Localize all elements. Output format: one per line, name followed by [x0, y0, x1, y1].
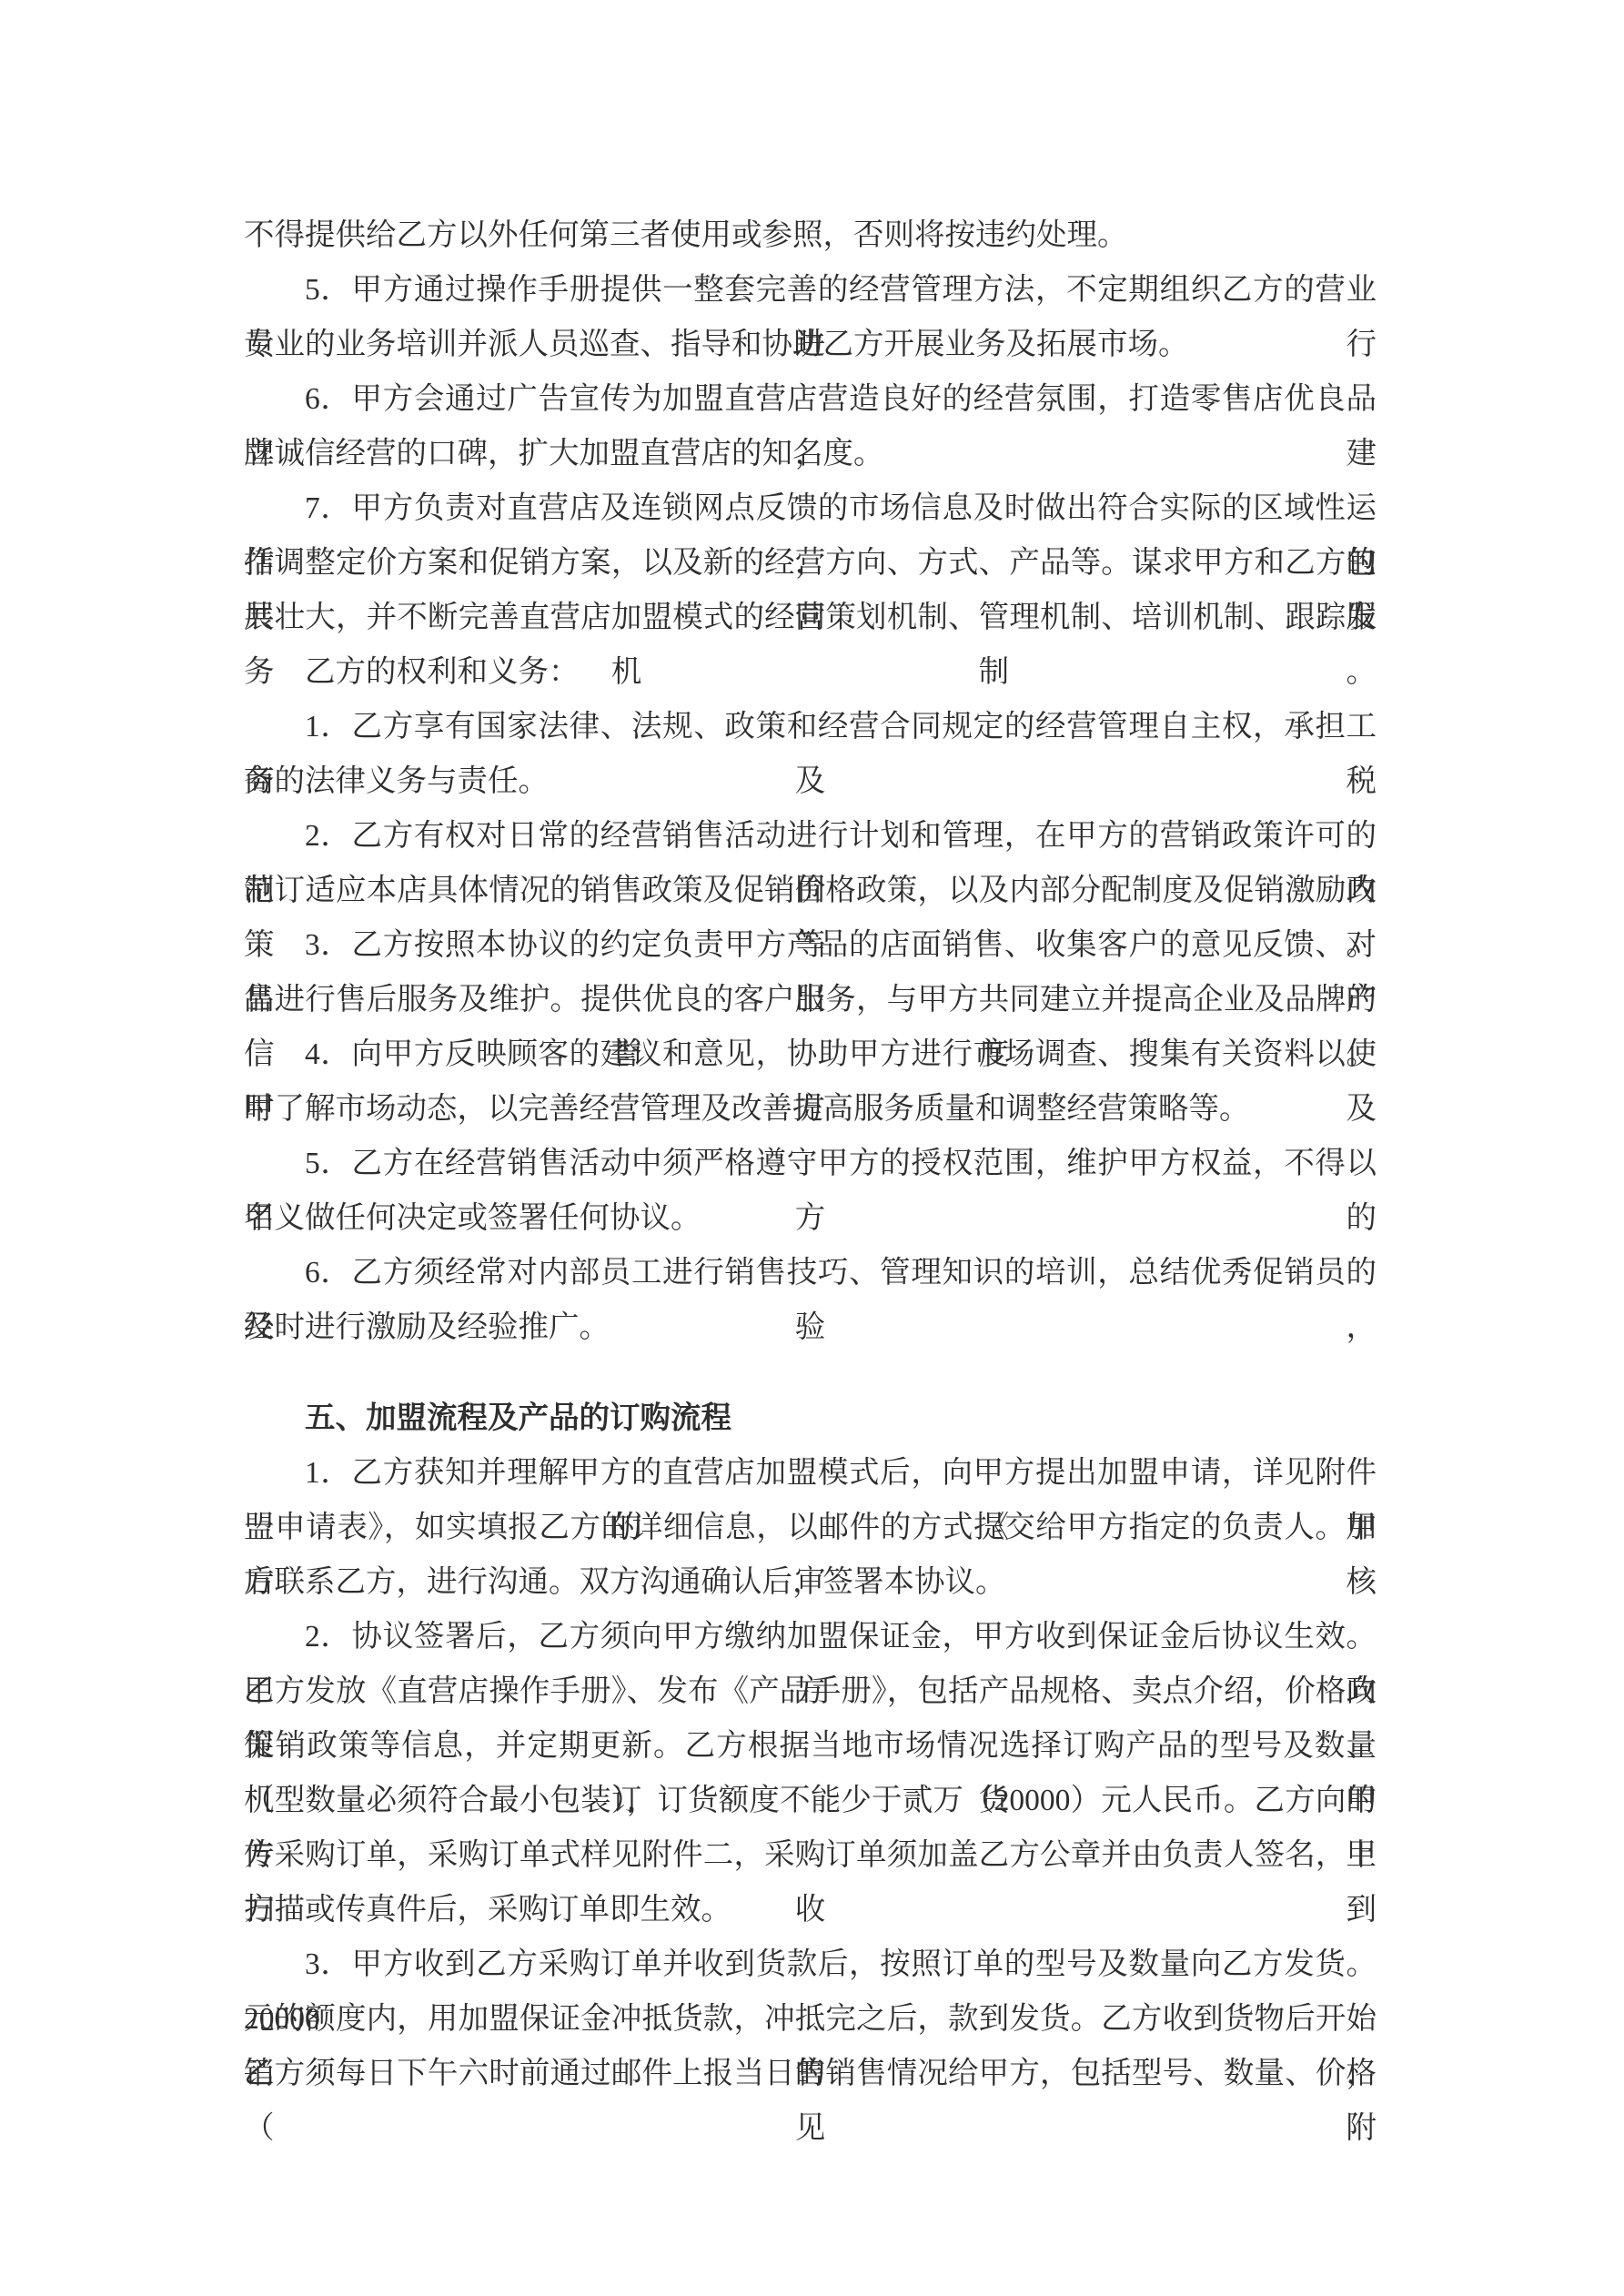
contract-page: 不得提供给乙方以外任何第三者使用或参照，否则将按违约处理。5．甲方通过操作手册提… [0, 0, 1624, 2296]
document-line: 时了解市场动态，以完善经营管理及改善提高服务质量和调整经营策略等。 [244, 1082, 1377, 1137]
document-line: 制订适应本店具体情况的销售政策及促销价格政策，以及内部分配制度及促销激励政策等。 [244, 864, 1377, 918]
document-line: 括调整定价方案和促销方案，以及新的经营方向、方式、产品等。谋求甲方和乙方的共同发 [244, 536, 1377, 591]
document-line: 5．甲方通过操作手册提供一整套完善的经营管理方法，不定期组织乙方的营业员进行 [244, 263, 1377, 318]
document-line: 7．甲方负责对直营店及连锁网点反馈的市场信息及时做出符合实际的区域性运作，包 [244, 481, 1377, 536]
document-line: 盟申请表》，如实填报乙方的详细信息，以邮件的方式提交给甲方指定的负责人。甲方审核 [244, 1501, 1377, 1555]
document-line: 4．向甲方反映顾客的建议和意见，协助甲方进行市场调查、搜集有关资料以使甲方及 [244, 1027, 1377, 1082]
document-line: 展壮大，并不断完善直营店加盟模式的经营策划机制、管理机制、培训机制、跟踪服务机制… [244, 591, 1377, 645]
document-line: 6．甲方会通过广告宣传为加盟直营店营造良好的经营氛围，打造零售店优良品牌，建 [244, 372, 1377, 427]
document-body: 不得提供给乙方以外任何第三者使用或参照，否则将按违约处理。5．甲方通过操作手册提… [244, 208, 1377, 2101]
document-line: 乙方须每日下午六时前通过邮件上报当日的销售情况给甲方，包括型号、数量、价格（见附 [244, 2047, 1377, 2101]
document-line: 1．乙方获知并理解甲方的直营店加盟模式后，向甲方提出加盟申请，详见附件一的《加 [244, 1446, 1377, 1501]
document-line: 促销政策等信息，并定期更新。乙方根据当地市场情况选择订购产品的型号及数量（订货的 [244, 1719, 1377, 1774]
document-line: 3．乙方按照本协议的约定负责甲方产品的店面销售、收集客户的意见反馈、对售出产 [244, 918, 1377, 973]
section-heading: 五、加盟流程及产品的订购流程 [244, 1391, 1377, 1446]
document-line: 机型数量必须符合最小包装），订货额度不能少于贰万（20000）元人民币。乙方向甲… [244, 1774, 1377, 1828]
document-line: 不得提供给乙方以外任何第三者使用或参照，否则将按违约处理。 [244, 208, 1377, 263]
document-line: 2．协议签署后，乙方须向甲方缴纳加盟保证金，甲方收到保证金后协议生效。甲方向 [244, 1610, 1377, 1664]
document-line: 品进行售后服务及维护。提供优良的客户服务，与甲方共同建立并提高企业及品牌的信誉度… [244, 973, 1377, 1027]
document-line: 传采购订单，采购订单式样见附件二，采购订单须加盖乙方公章并由负责人签名，甲方收到 [244, 1828, 1377, 1883]
document-line: 3．甲方收到乙方采购订单并收到货款后，按照订单的型号及数量向乙方发货。20000 [244, 1937, 1377, 1992]
document-line: 5．乙方在经营销售活动中须严格遵守甲方的授权范围，维护甲方权益，不得以甲方的 [244, 1137, 1377, 1191]
document-line: 元的额度内，用加盟保证金冲抵货款，冲抵完之后，款到发货。乙方收到货物后开始销售， [244, 1992, 1377, 2047]
document-line: 6．乙方须经常对内部员工进行销售技巧、管理知识的培训，总结优秀促销员的经验， [244, 1246, 1377, 1300]
document-line: 2．乙方有权对日常的经营销售活动进行计划和管理，在甲方的营销政策许可的范围内 [244, 809, 1377, 864]
document-line: 乙方发放《直营店操作手册》、发布《产品手册》，包括产品规格、卖点介绍，价格政策、 [244, 1664, 1377, 1719]
document-line: 1．乙方享有国家法律、法规、政策和经营合同规定的经营管理自主权，承担工商及税 [244, 700, 1377, 754]
